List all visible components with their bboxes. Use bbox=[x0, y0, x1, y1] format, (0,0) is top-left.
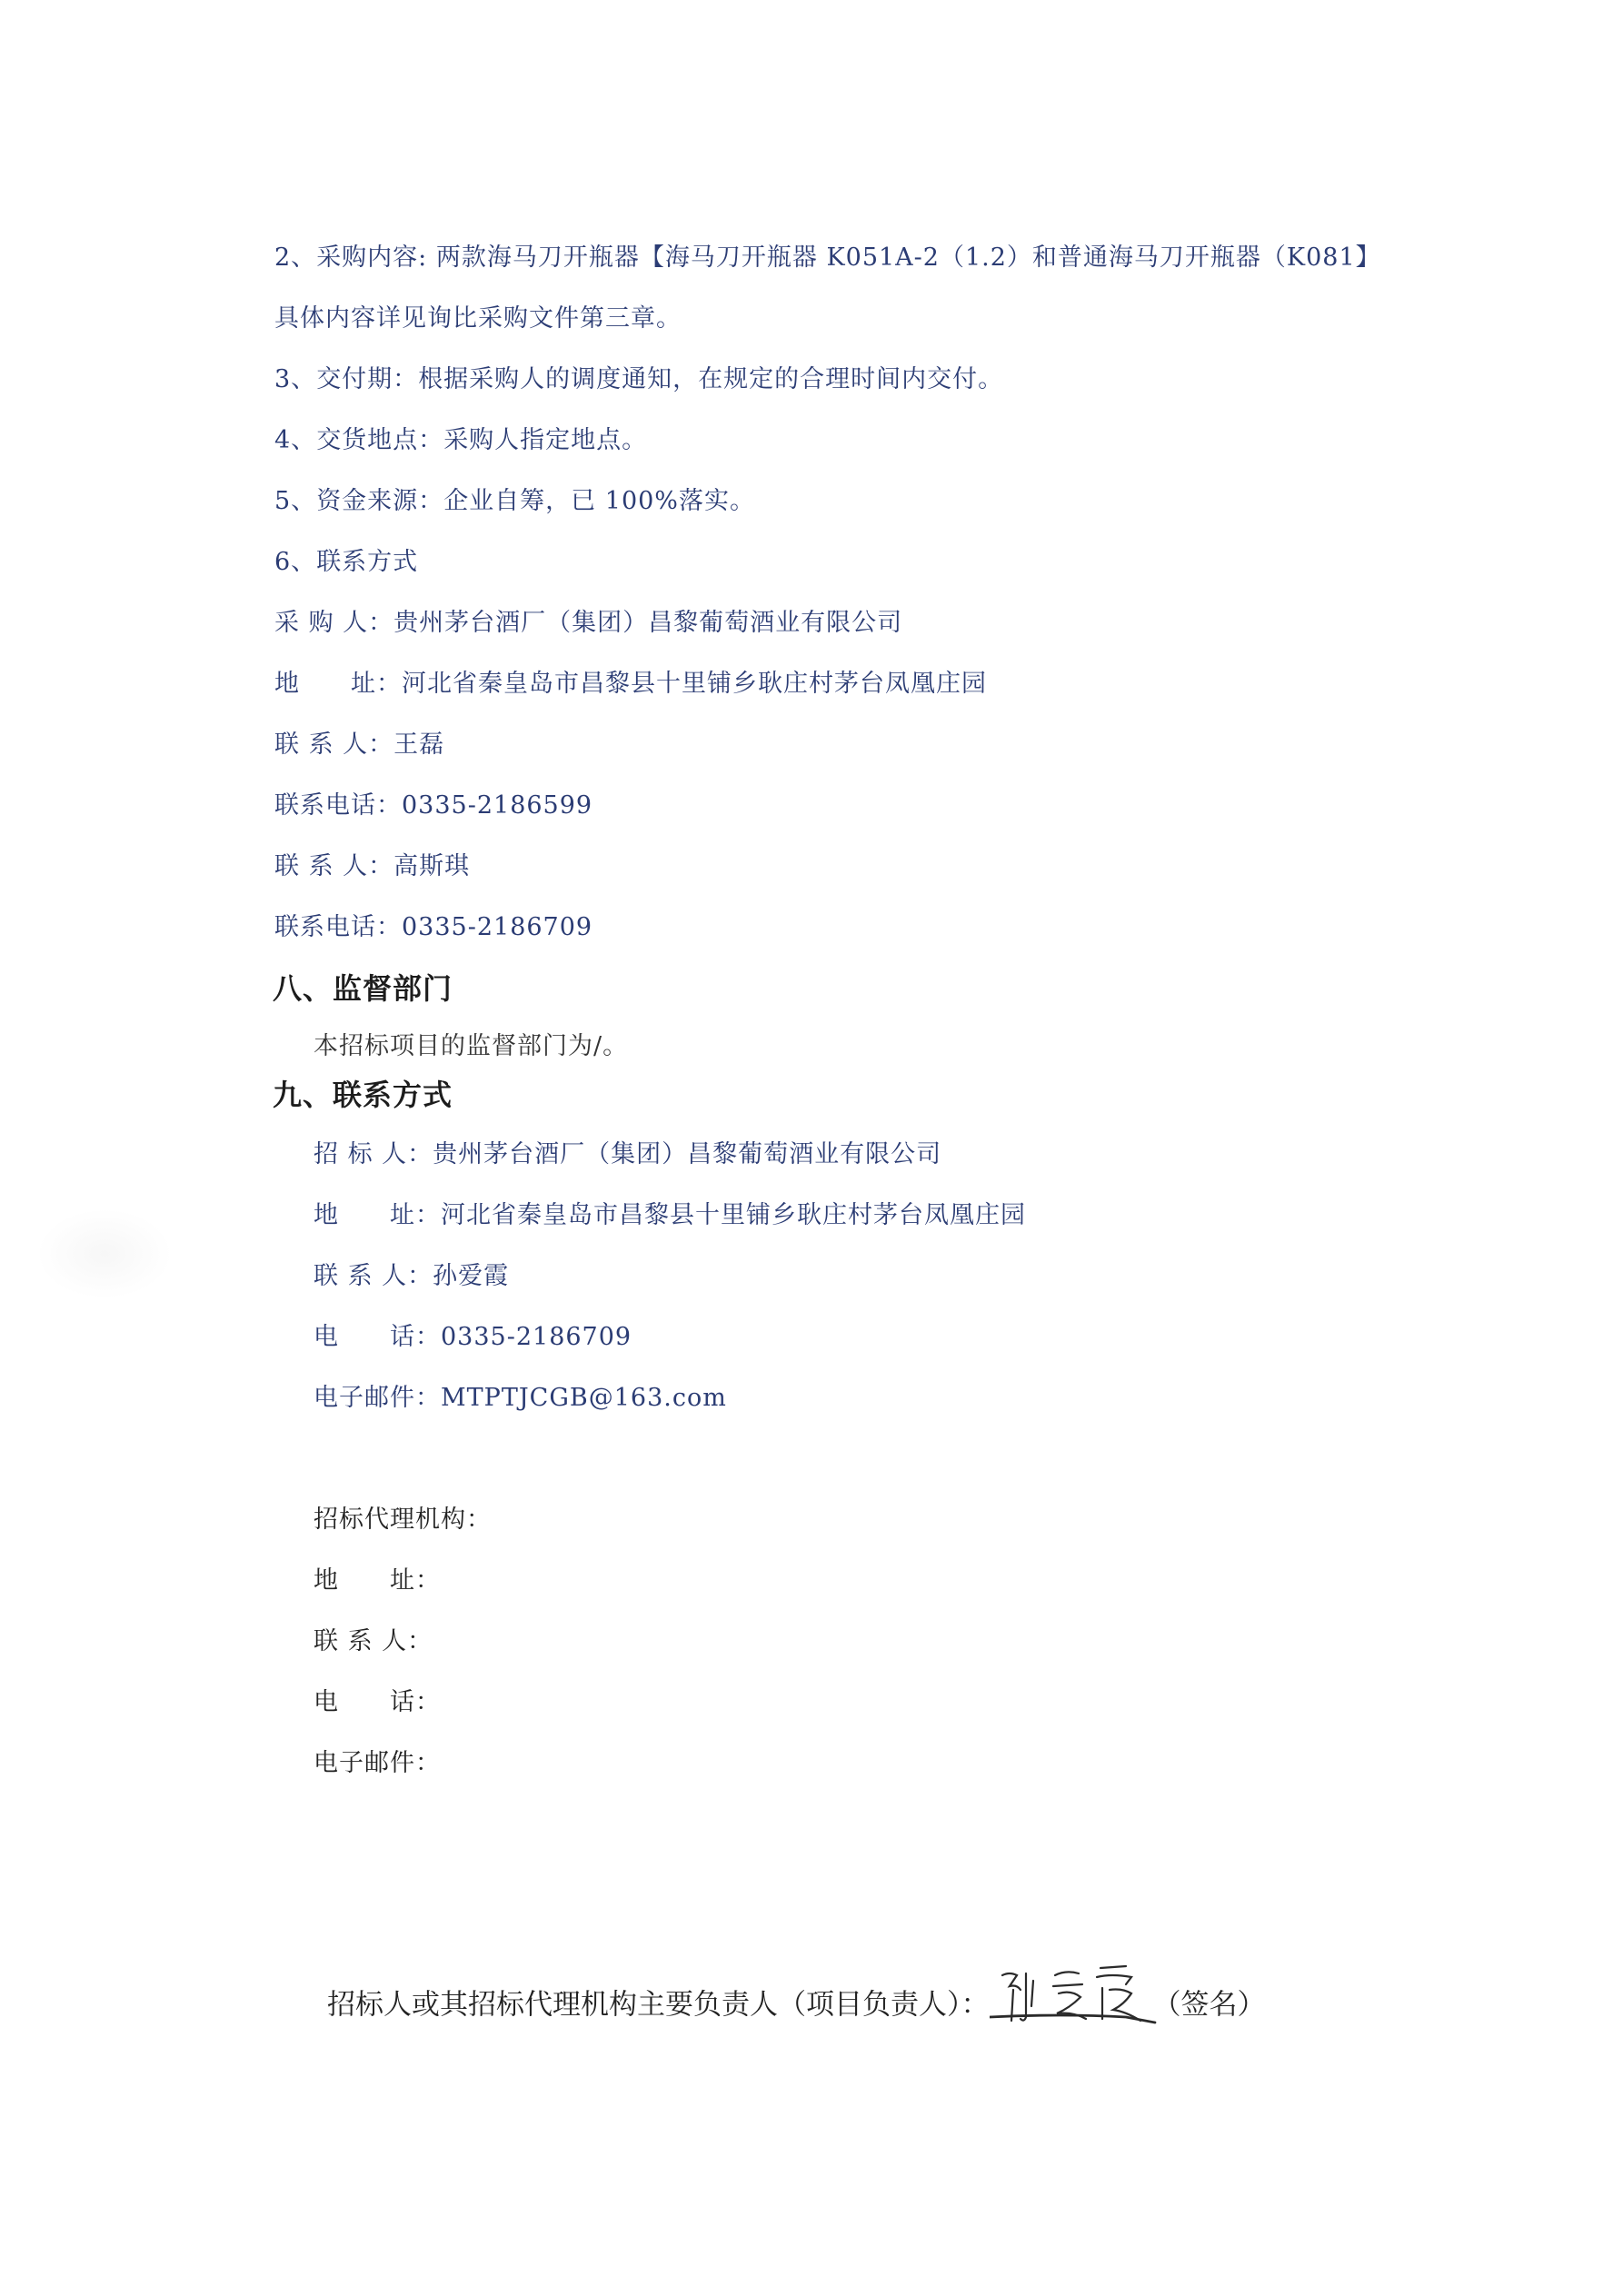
tenderer-phone-line: 电 话：0335-2186709 bbox=[314, 1321, 632, 1354]
signature-scribble-icon bbox=[990, 1963, 1171, 2035]
agency-address-label: 地 址： bbox=[314, 1565, 441, 1597]
signature-prefix: 招标人或其招标代理机构主要负责人（项目负责人）： bbox=[327, 1989, 990, 2022]
tenderer-value: 贵州茅台酒厂（集团）昌黎葡萄酒业有限公司 bbox=[433, 1140, 941, 1168]
signature-line: 招标人或其招标代理机构主要负责人（项目负责人）： bbox=[327, 1979, 1266, 2033]
agency-email-label: 电子邮件： bbox=[314, 1747, 441, 1780]
purchaser-contact1-line: 联 系 人：王磊 bbox=[274, 729, 444, 761]
email-value[interactable]: MTPTJCGB@163.com bbox=[441, 1384, 727, 1412]
section-8-heading: 八、监督部门 bbox=[273, 970, 453, 1007]
section-9-heading: 九、联系方式 bbox=[273, 1077, 453, 1113]
delivery-period-line: 3、交付期：根据采购人的调度通知，在规定的合理时间内交付。 bbox=[274, 363, 1003, 396]
phone-value: 0335-2186709 bbox=[402, 913, 592, 941]
procurement-content-line: 2、采购内容: 两款海马刀开瓶器【海马刀开瓶器 K051A-2（1.2）和普通海… bbox=[274, 242, 1381, 274]
address-value: 河北省秦皇岛市昌黎县十里铺乡耿庄村茅台凤凰庄园 bbox=[441, 1201, 1026, 1229]
item-text: 采购人指定地点。 bbox=[443, 426, 647, 454]
purchaser-label: 采 购 人： bbox=[274, 609, 393, 637]
item-text: 企业自筹，已 100%落实。 bbox=[443, 487, 755, 515]
purchaser-address-line: 地 址：河北省秦皇岛市昌黎县十里铺乡耿庄村茅台凤凰庄园 bbox=[274, 668, 987, 701]
phone-label: 联系电话： bbox=[274, 913, 402, 941]
contact-value: 高斯琪 bbox=[393, 852, 470, 880]
tenderer-email-line: 电子邮件：MTPTJCGB@163.com bbox=[314, 1382, 727, 1415]
agency-phone-label: 电 话： bbox=[314, 1686, 441, 1719]
tenderer-label: 招 标 人： bbox=[314, 1140, 433, 1168]
purchaser-contact2-line: 联 系 人：高斯琪 bbox=[274, 850, 470, 883]
address-label: 地 址： bbox=[314, 1201, 441, 1229]
contact-value: 孙爱霞 bbox=[433, 1262, 509, 1290]
purchaser-phone1-line: 联系电话：0335-2186599 bbox=[274, 790, 592, 822]
funding-source-line: 5、资金来源：企业自筹，已 100%落实。 bbox=[274, 485, 755, 518]
purchaser-value: 贵州茅台酒厂（集团）昌黎葡萄酒业有限公司 bbox=[393, 609, 902, 637]
contact-value: 王磊 bbox=[393, 731, 444, 759]
contact-label: 联 系 人： bbox=[314, 1262, 433, 1290]
tenderer-contact-line: 联 系 人：孙爱霞 bbox=[314, 1260, 509, 1293]
contact-label: 联 系 人： bbox=[274, 731, 393, 759]
tenderer-address-line: 地 址：河北省秦皇岛市昌黎县十里铺乡耿庄村茅台凤凰庄园 bbox=[314, 1199, 1026, 1232]
item-label: 联系方式 bbox=[316, 548, 418, 576]
section-8-body: 本招标项目的监督部门为/。 bbox=[314, 1030, 628, 1063]
item-number: 6、 bbox=[274, 548, 316, 576]
handwritten-signature bbox=[990, 1979, 1153, 2033]
item-number: 3、 bbox=[274, 365, 316, 393]
phone-value: 0335-2186709 bbox=[441, 1323, 632, 1351]
scan-artifact bbox=[36, 1208, 173, 1299]
item-label: 采购内容: bbox=[316, 244, 427, 272]
purchaser-phone2-line: 联系电话：0335-2186709 bbox=[274, 911, 592, 944]
phone-label: 联系电话： bbox=[274, 791, 402, 820]
item-label: 交付期： bbox=[316, 365, 418, 393]
agency-contact-label: 联 系 人： bbox=[314, 1625, 433, 1658]
phone-label: 电 话： bbox=[314, 1323, 441, 1351]
delivery-location-line: 4、交货地点：采购人指定地点。 bbox=[274, 424, 647, 457]
address-value: 河北省秦皇岛市昌黎县十里铺乡耿庄村茅台凤凰庄园 bbox=[402, 670, 987, 698]
phone-value: 0335-2186599 bbox=[402, 791, 592, 820]
tenderer-line: 招 标 人：贵州茅台酒厂（集团）昌黎葡萄酒业有限公司 bbox=[314, 1138, 941, 1171]
item-text: 两款海马刀开瓶器【海马刀开瓶器 K051A-2（1.2）和普通海马刀开瓶器（K0… bbox=[436, 244, 1381, 272]
procurement-content-continuation: 具体内容详见询比采购文件第三章。 bbox=[274, 303, 682, 335]
address-label: 地 址： bbox=[274, 670, 402, 698]
item-number: 4、 bbox=[274, 426, 316, 454]
purchaser-line: 采 购 人：贵州茅台酒厂（集团）昌黎葡萄酒业有限公司 bbox=[274, 607, 902, 640]
document-page: 2、采购内容: 两款海马刀开瓶器【海马刀开瓶器 K051A-2（1.2）和普通海… bbox=[0, 0, 1623, 2296]
item-number: 5、 bbox=[274, 487, 316, 515]
email-label: 电子邮件： bbox=[314, 1384, 441, 1412]
contact-label: 联 系 人： bbox=[274, 852, 393, 880]
agency-title: 招标代理机构： bbox=[314, 1504, 492, 1536]
contact-method-line: 6、联系方式 bbox=[274, 546, 418, 579]
item-label: 资金来源： bbox=[316, 487, 443, 515]
item-text: 根据采购人的调度通知，在规定的合理时间内交付。 bbox=[418, 365, 1003, 393]
item-number: 2、 bbox=[274, 244, 316, 272]
item-label: 交货地点： bbox=[316, 426, 443, 454]
